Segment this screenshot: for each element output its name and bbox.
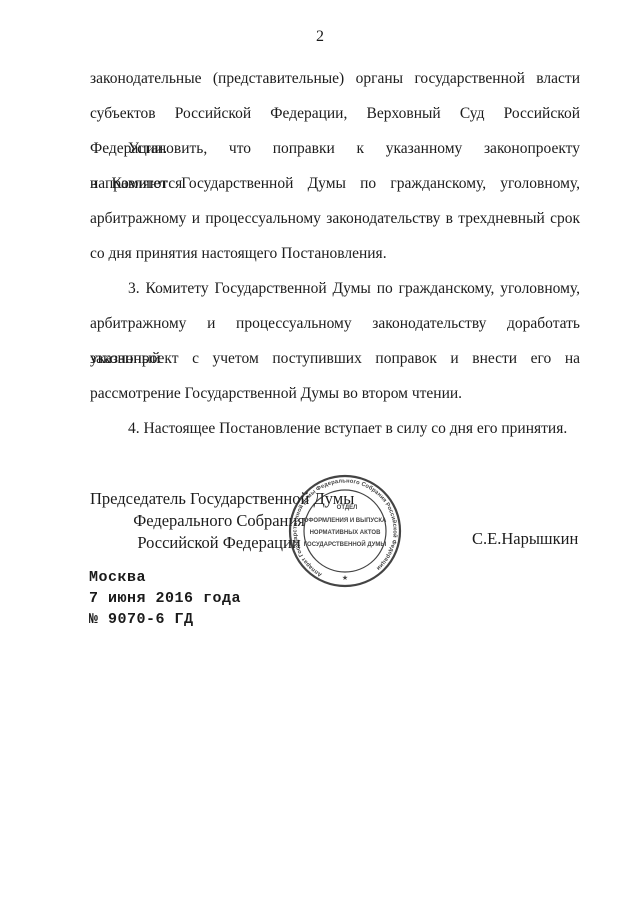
body-line: законопроект с учетом поступивших поправ…	[90, 341, 580, 376]
body-line: 3. Комитету Государственной Думы по граж…	[90, 271, 580, 306]
footer-block: Москва 7 июня 2016 года № 9070-6 ГД	[89, 567, 241, 630]
body-line: арбитражному и процессуальному законодат…	[90, 306, 580, 341]
stamp-center-line-2: ОФОРМЛЕНИЯ И ВЫПУСКА	[304, 518, 387, 524]
stamp-center-line-1: ОТДЕЛ	[337, 505, 358, 511]
footer-city: Москва	[89, 567, 241, 588]
body-line: со дня принятия настоящего Постановления…	[90, 236, 580, 271]
signature-name: С.Е.Нарышкин	[472, 529, 578, 549]
stamp-center-line-3: НОРМАТИВНЫХ АКТОВ	[310, 530, 381, 536]
body-line: в Комитет Государственной Думы по гражда…	[90, 166, 580, 201]
document-body: законодательные (представительные) орган…	[90, 61, 580, 446]
body-line: 4. Настоящее Постановление вступает в си…	[90, 411, 580, 446]
body-line: субъектов Российской Федерации, Верховны…	[90, 96, 580, 131]
stamp-ring-text: Аппарат Государственной Думы Федеральног…	[292, 478, 398, 577]
stamp-star-icon: ★	[342, 574, 348, 582]
body-line: Установить, что поправки к указанному за…	[90, 131, 580, 166]
stamp-center-line-4: ГОСУДАРСТВЕННОЙ ДУМЫ	[304, 540, 387, 548]
official-stamp-seal: Аппарат Государственной Думы Федеральног…	[283, 469, 407, 593]
footer-doc-number: № 9070-6 ГД	[89, 609, 241, 630]
body-line: законодательные (представительные) орган…	[90, 61, 580, 96]
footer-date: 7 июня 2016 года	[89, 588, 241, 609]
document-page: 2 законодательные (представительные) орг…	[0, 0, 640, 905]
page-number: 2	[0, 28, 640, 46]
body-line: рассмотрение Государственной Думы во вто…	[90, 376, 580, 411]
body-line: арбитражному и процессуальному законодат…	[90, 201, 580, 236]
